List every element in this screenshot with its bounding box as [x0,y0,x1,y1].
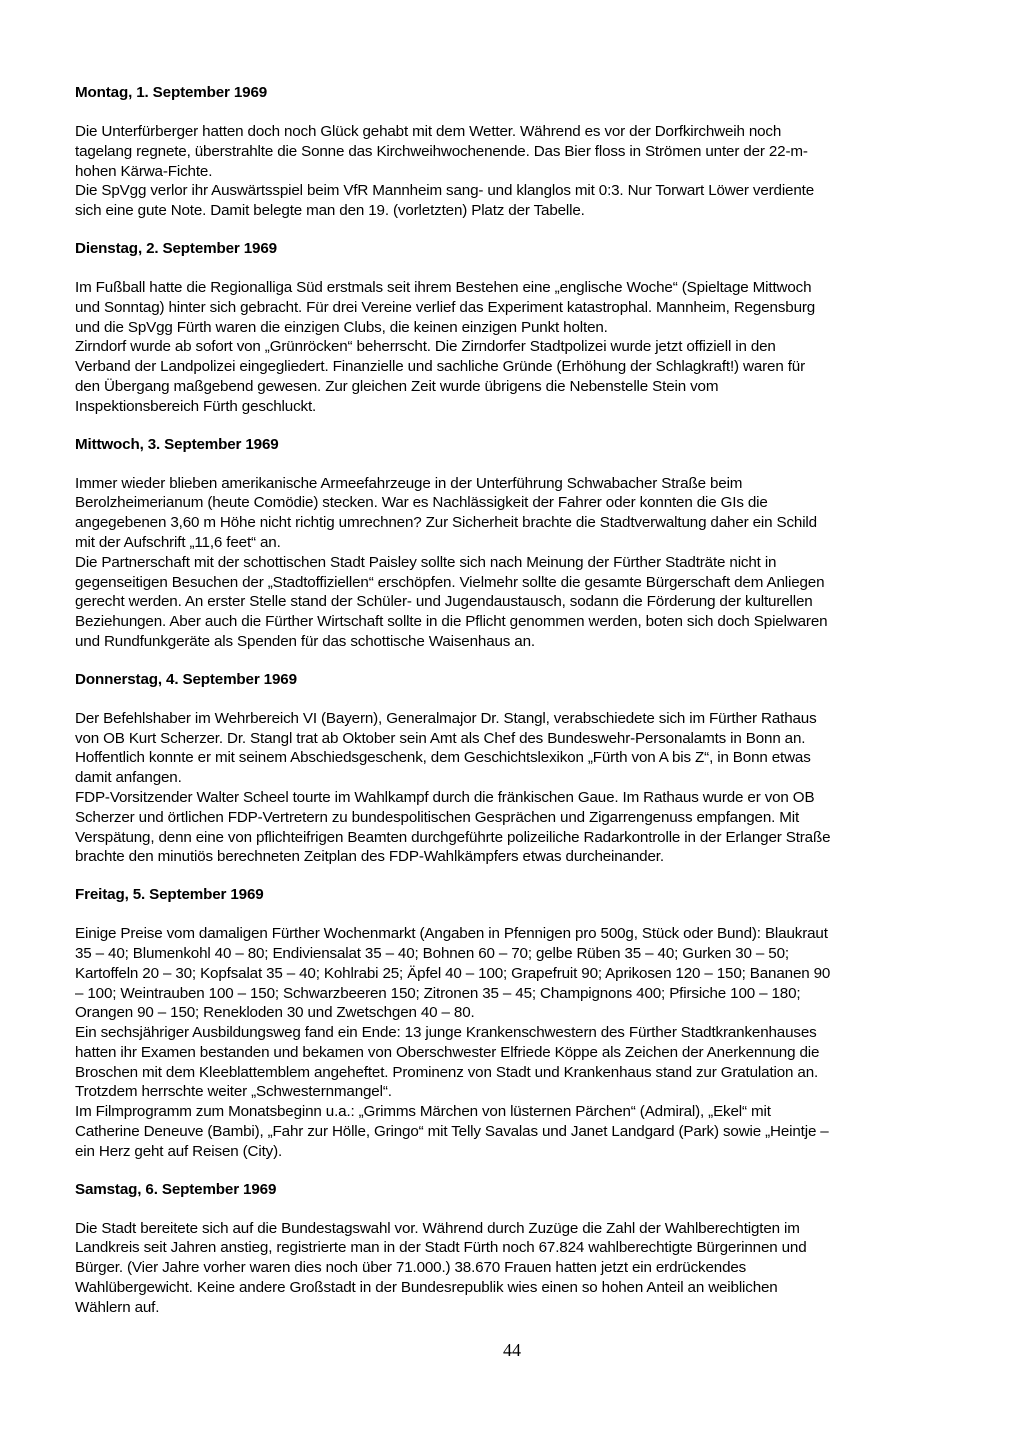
text-line: Scherzer und örtlichen FDP-Vertretern zu… [75,808,955,828]
text-line: Die Partnerschaft mit der schottischen S… [75,553,955,573]
day-entry: Dienstag, 2. September 1969Im Fußball ha… [75,239,955,417]
day-heading: Freitag, 5. September 1969 [75,885,955,905]
day-entry: Freitag, 5. September 1969Einige Preise … [75,885,955,1162]
day-heading: Montag, 1. September 1969 [75,83,955,103]
text-line: Die SpVgg verlor ihr Auswärtsspiel beim … [75,181,955,201]
text-line: von OB Kurt Scherzer. Dr. Stangl trat ab… [75,729,955,749]
text-line: Im Filmprogramm zum Monatsbeginn u.a.: „… [75,1102,955,1122]
day-body: Im Fußball hatte die Regionalliga Süd er… [75,278,955,417]
text-line: Hoffentlich konnte er mit seinem Abschie… [75,748,955,768]
text-line: mit der Aufschrift „11,6 feet“ an. [75,533,955,553]
text-line: Immer wieder blieben amerikanische Armee… [75,474,955,494]
text-line: Verband der Landpolizei eingegliedert. F… [75,357,955,377]
text-line: 35 – 40; Blumenkohl 40 – 80; Endiviensal… [75,944,955,964]
day-entry: Montag, 1. September 1969Die Unterfürber… [75,83,955,221]
text-line: Broschen mit dem Kleeblattemblem angehef… [75,1063,955,1083]
text-line: gerecht werden. An erster Stelle stand d… [75,592,955,612]
text-line: Bürger. (Vier Jahre vorher waren dies no… [75,1258,955,1278]
day-body: Die Stadt bereitete sich auf die Bundest… [75,1219,955,1318]
text-line: hohen Kärwa-Fichte. [75,162,955,182]
text-line: gegenseitigen Besuchen der „Stadtoffizie… [75,573,955,593]
text-line: sich eine gute Note. Damit belegte man d… [75,201,955,221]
text-line: Verspätung, denn eine von pflichteifrige… [75,828,955,848]
text-line: Inspektionsbereich Fürth geschluckt. [75,397,955,417]
text-line: Ein sechsjähriger Ausbildungsweg fand ei… [75,1023,955,1043]
text-line: und die SpVgg Fürth waren die einzigen C… [75,318,955,338]
text-line: ein Herz geht auf Reisen (City). [75,1142,955,1162]
chronicle-entries: Montag, 1. September 1969Die Unterfürber… [75,83,955,1318]
text-line: Trotzdem herrschte weiter „Schwesternman… [75,1082,955,1102]
text-line: Beziehungen. Aber auch die Fürther Wirts… [75,612,955,632]
text-line: Landkreis seit Jahren anstieg, registrie… [75,1238,955,1258]
text-line: brachte den minutiös berechneten Zeitpla… [75,847,955,867]
day-entry: Donnerstag, 4. September 1969Der Befehls… [75,670,955,867]
text-line: Berolzheimerianum (heute Comödie) stecke… [75,493,955,513]
document-page: Montag, 1. September 1969Die Unterfürber… [75,83,955,1336]
text-line: FDP-Vorsitzender Walter Scheel tourte im… [75,788,955,808]
text-line: Der Befehlshaber im Wehrbereich VI (Baye… [75,709,955,729]
text-line: Die Stadt bereitete sich auf die Bundest… [75,1219,955,1239]
text-line: und Sonntag) hinter sich gebracht. Für d… [75,298,955,318]
day-heading: Samstag, 6. September 1969 [75,1180,955,1200]
day-body: Der Befehlshaber im Wehrbereich VI (Baye… [75,709,955,867]
page-number: 44 [0,1340,1024,1361]
text-line: Kartoffeln 20 – 30; Kopfsalat 35 – 40; K… [75,964,955,984]
text-line: den Übergang maßgebend gewesen. Zur glei… [75,377,955,397]
text-line: – 100; Weintrauben 100 – 150; Schwarzbee… [75,984,955,1004]
text-line: Orangen 90 – 150; Renekloden 30 und Zwet… [75,1003,955,1023]
text-line: Einige Preise vom damaligen Fürther Woch… [75,924,955,944]
day-entry: Samstag, 6. September 1969Die Stadt bere… [75,1180,955,1318]
day-body: Die Unterfürberger hatten doch noch Glüc… [75,122,955,221]
text-line: Wählern auf. [75,1298,955,1318]
text-line: Im Fußball hatte die Regionalliga Süd er… [75,278,955,298]
text-line: tagelang regnete, überstrahlte die Sonne… [75,142,955,162]
text-line: Die Unterfürberger hatten doch noch Glüc… [75,122,955,142]
day-entry: Mittwoch, 3. September 1969Immer wieder … [75,435,955,652]
text-line: angegebenen 3,60 m Höhe nicht richtig um… [75,513,955,533]
text-line: damit anfangen. [75,768,955,788]
text-line: und Rundfunkgeräte als Spenden für das s… [75,632,955,652]
day-body: Immer wieder blieben amerikanische Armee… [75,474,955,652]
text-line: Zirndorf wurde ab sofort von „Grünröcken… [75,337,955,357]
text-line: Wahlübergewicht. Keine andere Großstadt … [75,1278,955,1298]
day-heading: Dienstag, 2. September 1969 [75,239,955,259]
text-line: Catherine Deneuve (Bambi), „Fahr zur Höl… [75,1122,955,1142]
day-body: Einige Preise vom damaligen Fürther Woch… [75,924,955,1162]
text-line: hatten ihr Examen bestanden und bekamen … [75,1043,955,1063]
day-heading: Mittwoch, 3. September 1969 [75,435,955,455]
day-heading: Donnerstag, 4. September 1969 [75,670,955,690]
